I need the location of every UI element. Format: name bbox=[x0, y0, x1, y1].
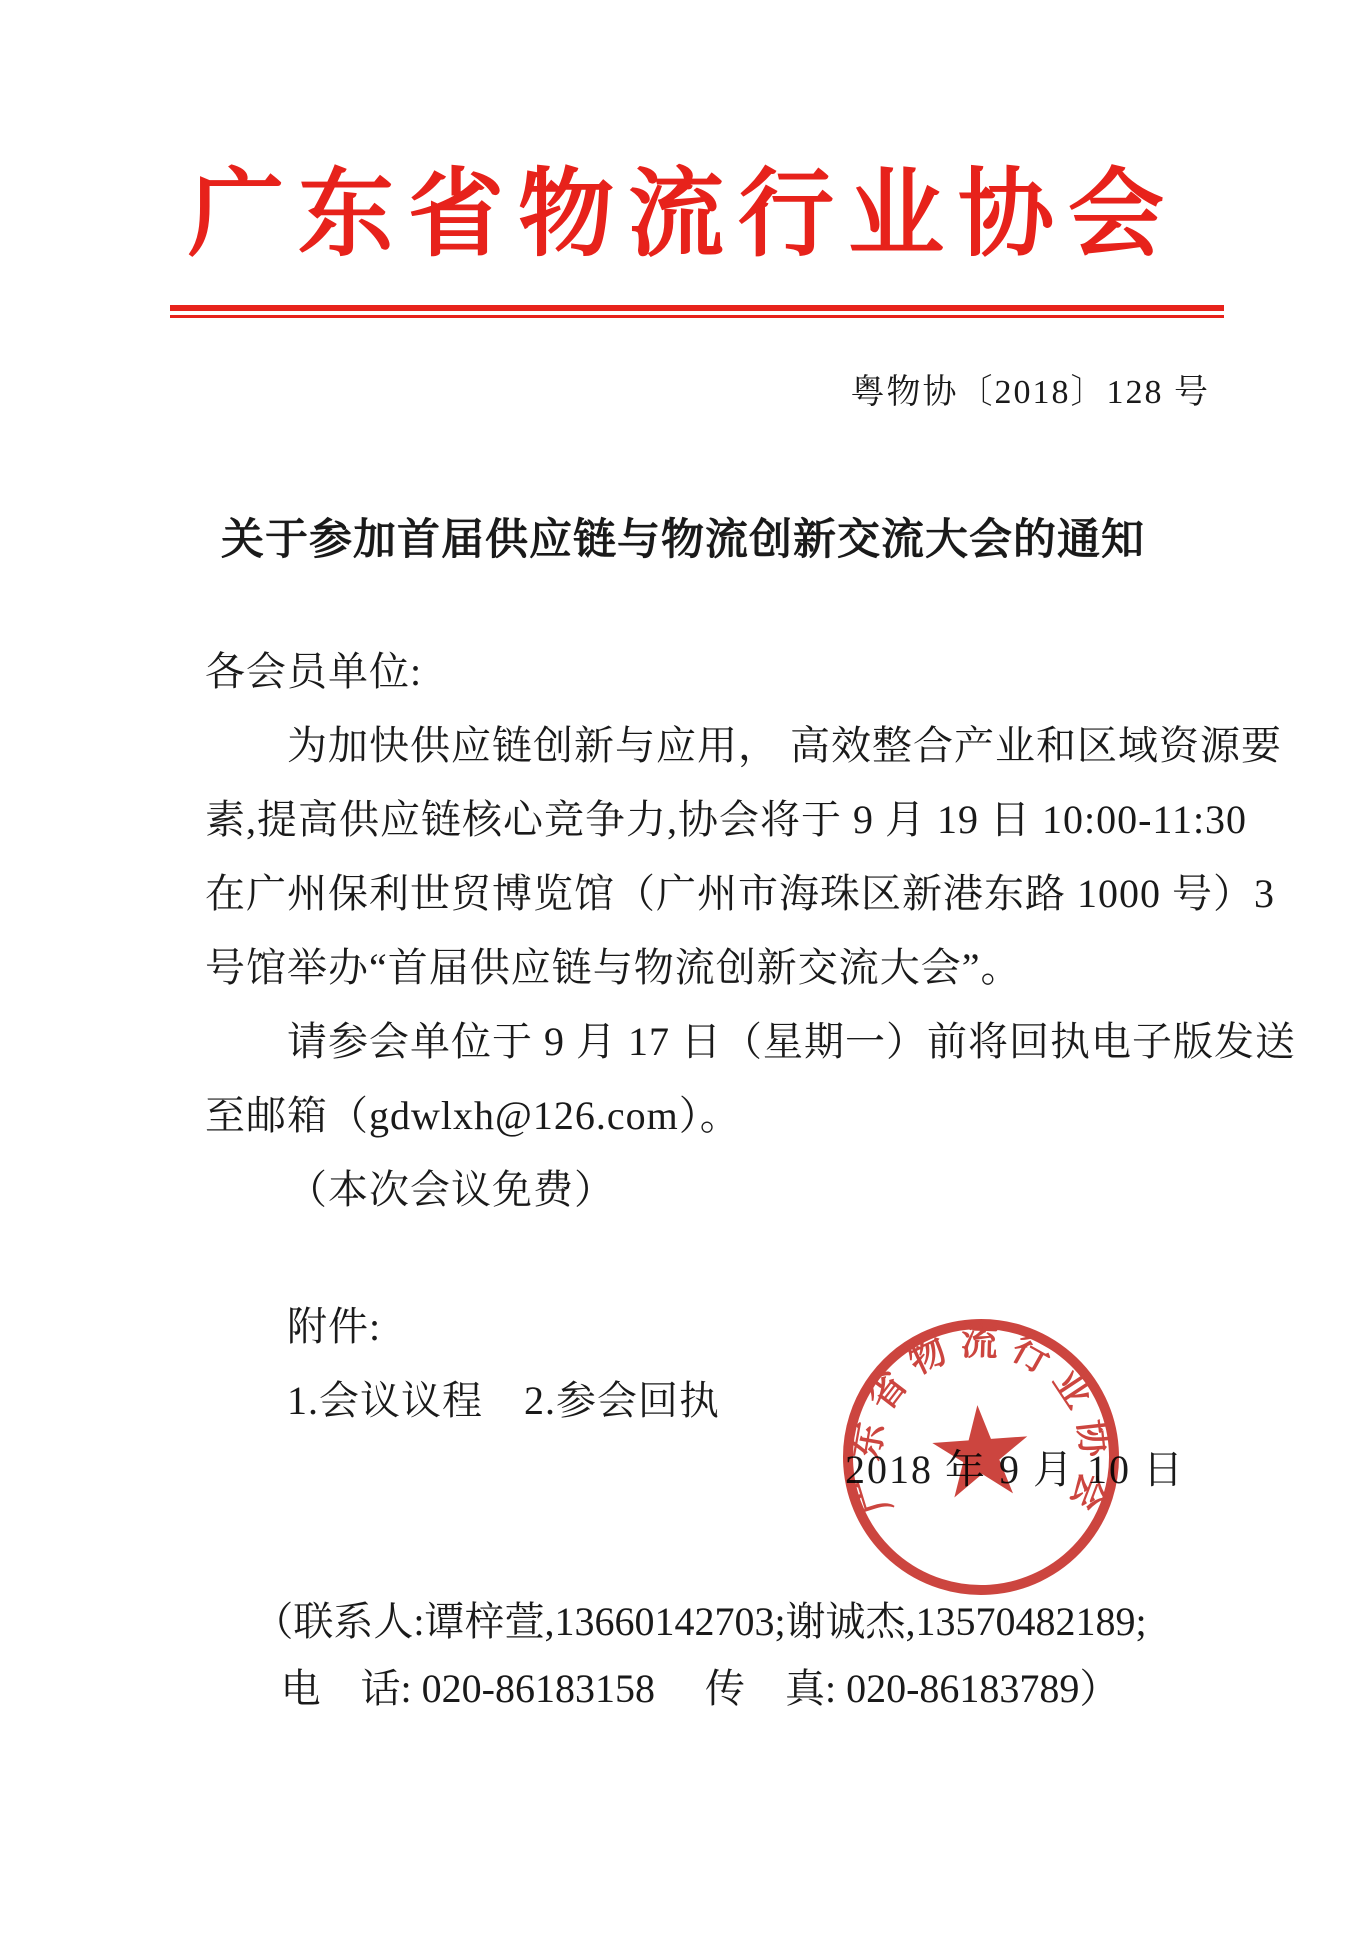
contact-line-1: （联系人:谭梓萱,13660142703;谢诚杰,13570482189; bbox=[170, 1588, 1230, 1655]
stamp-star-icon bbox=[930, 1402, 1031, 1499]
paragraph-line: 为加快供应链创新与应用， 高效整合产业和区域资源要 bbox=[205, 709, 1217, 783]
paragraph-line: 号馆举办“首届供应链与物流创新交流大会”。 bbox=[205, 931, 1217, 1005]
contact-info: （联系人:谭梓萱,13660142703;谢诚杰,13570482189; 电 … bbox=[170, 1588, 1230, 1722]
official-seal-stamp: 广东省物流行业协会 bbox=[828, 1304, 1133, 1609]
paragraph-line: （本次会议免费） bbox=[205, 1153, 1217, 1227]
paragraph-line: 至邮箱（gdwlxh@126.com）。 bbox=[205, 1079, 1217, 1153]
document-page: 广东省物流行业协会 粤物协〔2018〕128 号 关于参加首届供应链与物流创新交… bbox=[0, 0, 1366, 1936]
letterhead-title: 广东省物流行业协会 bbox=[0, 138, 1366, 275]
letterhead-divider bbox=[170, 305, 1224, 318]
page-title: 关于参加首届供应链与物流创新交流大会的通知 bbox=[0, 506, 1366, 567]
salutation: 各会员单位: bbox=[205, 635, 1217, 709]
paragraph-line: 素,提高供应链核心竞争力,协会将于 9 月 19 日 10:00-11:30 bbox=[205, 783, 1217, 857]
document-body: 各会员单位: 为加快供应链创新与应用， 高效整合产业和区域资源要 素,提高供应链… bbox=[205, 635, 1217, 1227]
contact-line-2: 电 话: 020-86183158 传 真: 020-86183789） bbox=[170, 1655, 1230, 1722]
paragraph-line: 请参会单位于 9 月 17 日（星期一）前将回执电子版发送 bbox=[205, 1005, 1217, 1079]
document-number: 粤物协〔2018〕128 号 bbox=[170, 364, 1210, 413]
paragraph-line: 在广州保利世贸博览馆（广州市海珠区新港东路 1000 号）3 bbox=[205, 857, 1217, 931]
